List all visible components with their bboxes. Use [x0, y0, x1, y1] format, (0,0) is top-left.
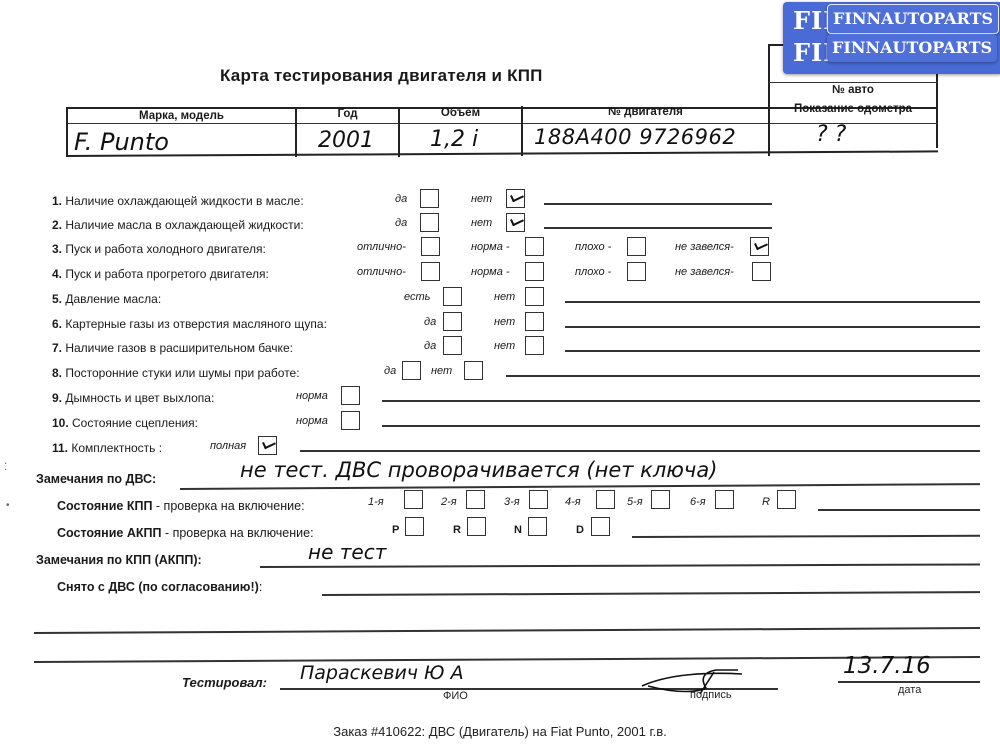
notes-line[interactable]	[565, 326, 980, 328]
checklist-item: 2. Наличие масла в охлаждающей жидкости:	[52, 218, 304, 232]
item-label: Наличие охлаждающей жидкости в масле:	[65, 194, 303, 208]
checkbox[interactable]	[421, 262, 440, 281]
checkbox[interactable]	[421, 237, 440, 256]
mode-checkbox[interactable]	[405, 517, 424, 536]
gear-label: 5-я	[627, 496, 643, 508]
gearbox-remarks-label: Замечания по КПП (АКПП):	[36, 553, 202, 567]
item-label: Картерные газы из отверстия масляного щу…	[65, 317, 327, 331]
order-caption: Заказ #410622: ДВС (Двигатель) на Fiat P…	[0, 724, 1000, 739]
signature-caption: подпись	[690, 689, 732, 701]
item-number: 6.	[52, 317, 65, 331]
checkbox[interactable]	[420, 189, 439, 208]
option-label: полная	[210, 440, 246, 452]
value-volume: 1,2 i	[430, 127, 478, 152]
item-number: 8.	[52, 366, 65, 380]
option-label: плохо -	[575, 266, 611, 278]
gear-checkbox[interactable]	[596, 490, 615, 509]
mode-checkbox[interactable]	[591, 517, 610, 536]
notes-line[interactable]	[300, 450, 980, 452]
option-label: нет	[471, 193, 492, 205]
notes-line[interactable]	[382, 400, 980, 402]
option-label: отлично-	[357, 241, 406, 253]
checklist-item: 5. Давление масла:	[52, 292, 161, 306]
notes-line[interactable]	[565, 350, 980, 352]
item-number: 4.	[52, 267, 65, 281]
value-engine-no: 188A400 9726962	[534, 125, 736, 149]
item-label: Посторонние стуки или шумы при работе:	[65, 366, 299, 380]
header-odometer: Показание одометра	[770, 103, 936, 115]
gear-checkbox[interactable]	[466, 490, 485, 509]
checkbox[interactable]	[506, 189, 525, 208]
checkbox[interactable]	[525, 262, 544, 281]
item-label: Состояние сцепления:	[72, 416, 198, 430]
notes-line[interactable]	[382, 425, 980, 427]
checklist-item: 6. Картерные газы из отверстия масляного…	[52, 317, 327, 331]
item-number: 11.	[52, 441, 71, 455]
checklist-item: 4. Пуск и работа прогретого двигателя:	[52, 267, 269, 281]
option-label: норма	[296, 415, 328, 427]
item-label: Комплектность :	[71, 441, 162, 455]
checkbox[interactable]	[750, 237, 769, 256]
header-volume: Объём	[400, 107, 521, 119]
gear-checkbox[interactable]	[404, 490, 423, 509]
checklist-item: 11. Комплектность :	[52, 441, 162, 455]
gear-label: 2-я	[441, 496, 457, 508]
header-car-no: № авто	[770, 84, 936, 96]
checkbox[interactable]	[464, 361, 483, 380]
mode-checkbox[interactable]	[528, 517, 547, 536]
item-label: Дымность и цвет выхлопа:	[65, 391, 214, 405]
gear-checkbox[interactable]	[777, 490, 796, 509]
checkbox[interactable]	[402, 361, 421, 380]
gearbox-remarks-value[interactable]: не тест	[308, 540, 386, 564]
item-label: Пуск и работа холодного двигателя:	[65, 242, 265, 256]
watermark-logo-text: FINNAUTOPARTS	[827, 34, 997, 62]
checkbox[interactable]	[525, 336, 544, 355]
option-label: есть	[404, 291, 430, 303]
checkbox[interactable]	[627, 237, 646, 256]
mode-label: R	[453, 524, 461, 536]
checkbox[interactable]	[525, 237, 544, 256]
option-label: да	[395, 193, 407, 205]
engine-remarks-label: Замечания по ДВС:	[36, 472, 156, 486]
notes-line[interactable]	[506, 375, 980, 377]
notes-line[interactable]	[565, 301, 980, 303]
notes-line[interactable]	[544, 227, 772, 229]
checklist-item: 7. Наличие газов в расширительном бачке:	[52, 341, 293, 355]
document-title: Карта тестирования двигателя и КПП	[220, 66, 543, 86]
engine-remarks-line	[180, 483, 980, 489]
gear-label: 4-я	[565, 496, 581, 508]
gear-checkbox[interactable]	[651, 490, 670, 509]
notes-line[interactable]	[544, 203, 772, 205]
mode-label: N	[514, 524, 522, 536]
option-label: да	[395, 217, 407, 229]
option-label: нет	[431, 365, 452, 377]
option-label: не завелся-	[675, 266, 734, 278]
removed-line[interactable]	[322, 591, 980, 595]
gear-label: 3-я	[504, 496, 520, 508]
item-label: Пуск и работа прогретого двигателя:	[65, 267, 269, 281]
checkbox[interactable]	[443, 336, 462, 355]
checkbox[interactable]	[525, 312, 544, 331]
checklist-item: 8. Посторонние стуки или шумы при работе…	[52, 366, 300, 380]
option-label: отлично-	[357, 266, 406, 278]
mode-label: D	[576, 524, 584, 536]
checkbox[interactable]	[752, 262, 771, 281]
checkbox[interactable]	[258, 436, 277, 455]
removed-line-2[interactable]	[34, 627, 980, 633]
option-label: нет	[494, 316, 515, 328]
option-label: нет	[471, 217, 492, 229]
mode-checkbox[interactable]	[467, 517, 486, 536]
item-number: 10.	[52, 416, 72, 430]
gear-checkbox[interactable]	[715, 490, 734, 509]
option-label: плохо -	[575, 241, 611, 253]
option-label: нет	[494, 291, 515, 303]
gearbox-remarks-line	[260, 563, 980, 567]
item-number: 1.	[52, 194, 65, 208]
date-value[interactable]: 13.7.16	[843, 653, 931, 679]
item-number: 2.	[52, 218, 65, 232]
value-year: 2001	[318, 128, 374, 153]
mode-label: P	[392, 524, 399, 536]
checkbox[interactable]	[506, 213, 525, 232]
gear-checkbox[interactable]	[529, 490, 548, 509]
checklist-item: 3. Пуск и работа холодного двигателя:	[52, 242, 266, 256]
option-label: не завелся-	[675, 241, 734, 253]
name-caption: ФИО	[443, 690, 468, 702]
gear-label: 6-я	[690, 496, 706, 508]
option-label: да	[384, 365, 396, 377]
header-engine-no: № двигателя	[523, 106, 768, 118]
gear-label: R	[762, 496, 770, 508]
checkbox[interactable]	[420, 213, 439, 232]
option-label: норма -	[471, 241, 510, 253]
option-label: норма -	[471, 266, 510, 278]
checklist-item: 1. Наличие охлаждающей жидкости в масле:	[52, 194, 304, 208]
checkbox[interactable]	[341, 386, 360, 405]
checkbox[interactable]	[443, 312, 462, 331]
manual-gearbox-label: Состояние КПП - проверка на включение:	[57, 499, 305, 513]
tester-name[interactable]: Параскевич Ю А	[300, 662, 464, 684]
item-number: 7.	[52, 341, 65, 355]
option-label: нет	[494, 340, 515, 352]
header-year: Год	[297, 108, 398, 120]
header-make-model: Марка, модель	[68, 110, 295, 122]
option-label: да	[424, 316, 436, 328]
engine-remarks-value[interactable]: не тест. ДВС проворачивается (нет ключа)	[240, 458, 717, 482]
watermark-logo-text: FINNAUTOPARTS	[827, 4, 999, 34]
checklist-item: 9. Дымность и цвет выхлопа:	[52, 391, 214, 405]
item-number: 9.	[52, 391, 65, 405]
item-label: Давление масла:	[65, 292, 161, 306]
date-caption: дата	[898, 684, 921, 696]
option-label: норма	[296, 390, 328, 402]
removed-label: Снято с ДВС (по согласованию!):	[57, 580, 262, 594]
checkbox[interactable]	[627, 262, 646, 281]
tested-by-label: Тестировал:	[182, 675, 267, 690]
auto-gearbox-label: Состояние АКПП - проверка на включение:	[57, 526, 314, 540]
item-number: 3.	[52, 242, 65, 256]
checkbox[interactable]	[525, 287, 544, 306]
value-make-model: F. Punto	[74, 128, 169, 156]
gear-label: 1-я	[368, 496, 384, 508]
checkbox[interactable]	[443, 287, 462, 306]
option-label: да	[424, 340, 436, 352]
checkbox[interactable]	[341, 411, 360, 430]
item-label: Наличие газов в расширительном бачке:	[65, 341, 293, 355]
checklist-item: 10. Состояние сцепления:	[52, 416, 198, 430]
item-label: Наличие масла в охлаждающей жидкости:	[65, 218, 303, 232]
item-number: 5.	[52, 292, 65, 306]
value-odometer: ? ?	[816, 122, 846, 147]
